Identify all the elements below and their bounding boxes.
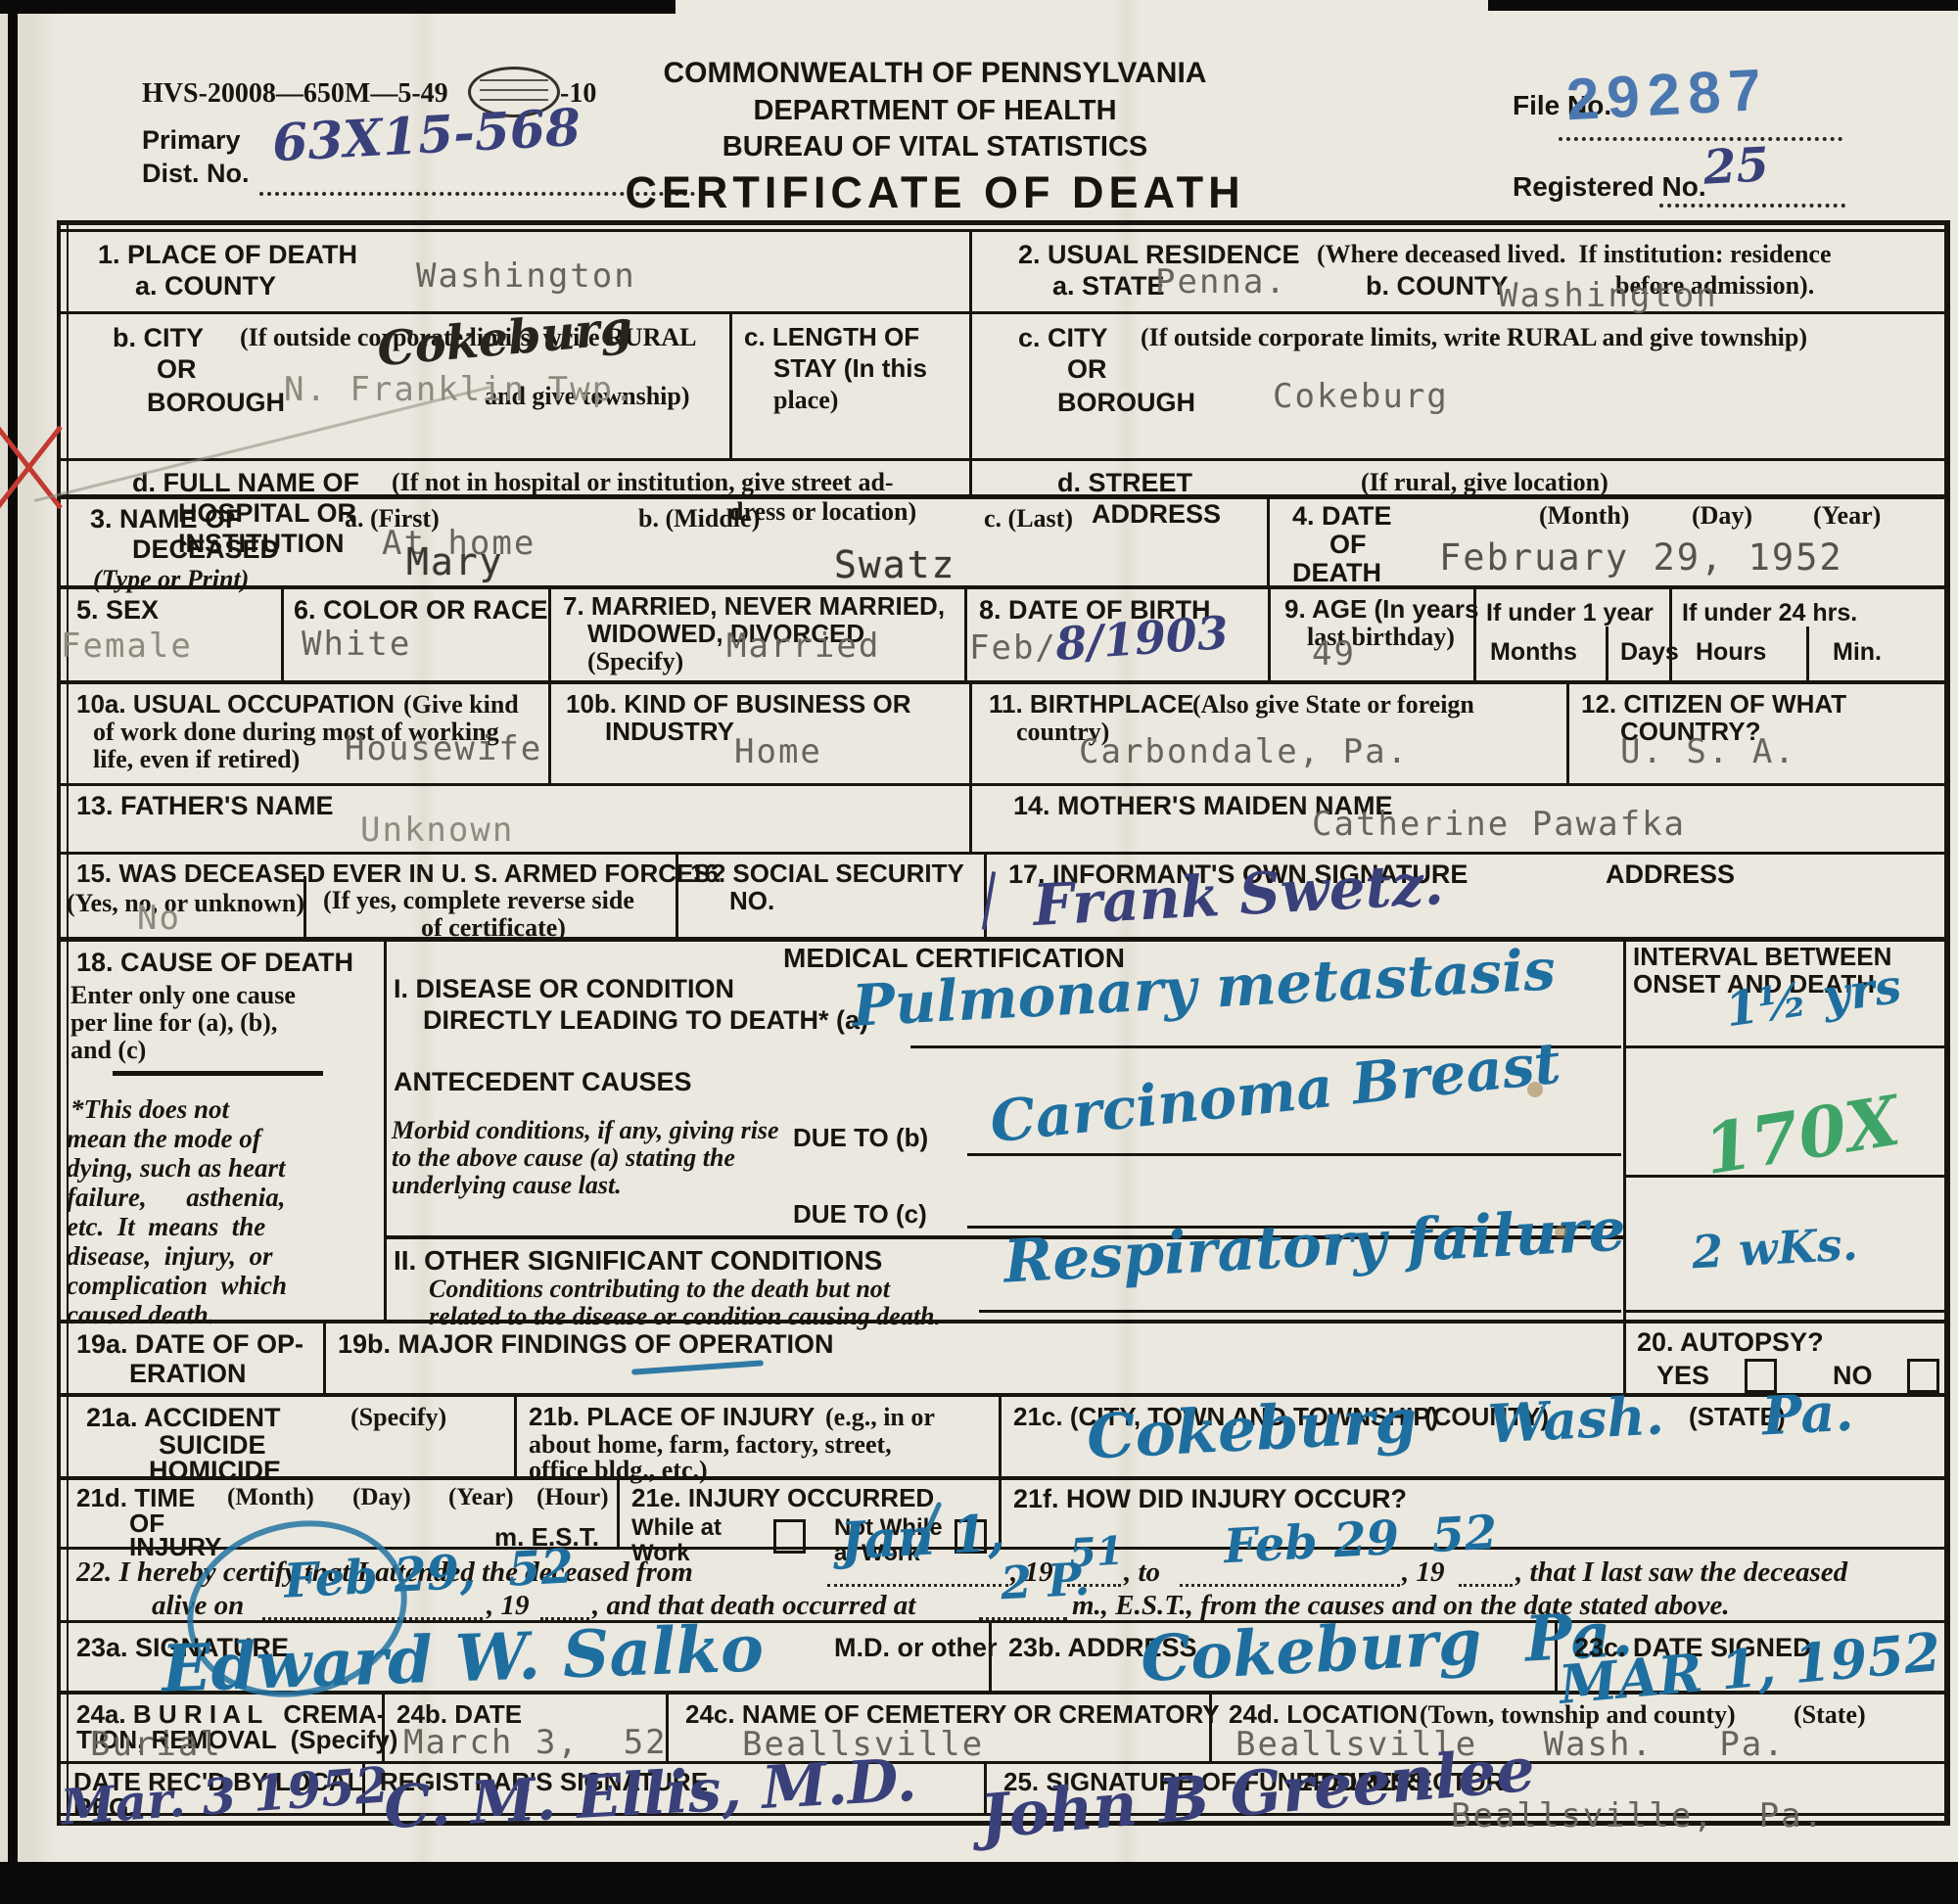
field-21c-county-value: Wash. <box>1486 1383 1665 1455</box>
field-1c-label-1: c. LENGTH OF <box>744 323 919 351</box>
field-20-yes-label: YES <box>1656 1361 1709 1390</box>
primary-dist-label-2: Dist. No. <box>142 159 250 188</box>
field-2c-paren: (If outside corporate limits, write RURA… <box>1141 323 1807 351</box>
grid-line <box>1267 494 1270 585</box>
field-18-footnote-4: failure, asthenia, <box>67 1183 286 1212</box>
paper-stain <box>1555 1226 1567 1238</box>
field-2d-paren: (If rural, give location) <box>1361 468 1608 496</box>
field-21b-paren-3: office bldg., etc.) <box>529 1456 708 1484</box>
field-9-months-label: Months <box>1490 638 1577 666</box>
morbid-note-2: to the above cause (a) stating the <box>392 1143 735 1172</box>
field-18-footnote-1: *This does not <box>70 1094 229 1124</box>
field-4-title-2: OF <box>1329 530 1367 559</box>
scan-edge-top-right <box>1488 0 1958 11</box>
primary-dist-label-1: Primary <box>142 125 241 155</box>
grid-line <box>1623 1320 1626 1393</box>
grid-line <box>1669 585 1672 680</box>
field-21d-hour-label: (Hour) <box>536 1484 609 1511</box>
field-3-first-label: a. (First) <box>345 504 440 533</box>
grid-line <box>617 1476 620 1547</box>
grid-line <box>57 852 1950 855</box>
field-18-note-3: and (c) <box>70 1036 146 1064</box>
certify-blank-3 <box>1180 1584 1400 1587</box>
certify-time-value: 2 P. <box>1000 1553 1092 1610</box>
grid-line <box>1566 680 1569 783</box>
file-no-value: 29287 <box>1564 56 1770 134</box>
header-bureau: BUREAU OF VITAL STATISTICS <box>543 131 1327 163</box>
certify-to-value: Feb 29 52 <box>1223 1506 1499 1575</box>
certify-from-value: Jan 1, <box>839 1504 1006 1572</box>
field-1-title: 1. PLACE OF DEATH <box>98 240 357 269</box>
field-2b-label: b. COUNTY <box>1366 271 1509 301</box>
grid-line <box>57 783 1950 786</box>
grid-line <box>281 585 284 680</box>
death-certificate-page: HVS-20008—650M—5-49 -10 Primary Dist. No… <box>0 0 1958 1904</box>
field-10a-paren-1: (Give kind <box>403 690 519 719</box>
certify-blank-4 <box>1459 1584 1513 1587</box>
field-20-label: 20. AUTOPSY? <box>1637 1327 1824 1357</box>
field-1b-typed-value: N. Franklin Twp. <box>284 370 636 409</box>
morbid-note-3: underlying cause last. <box>392 1171 622 1199</box>
cause-ii-value: Respiratory failure <box>1002 1195 1628 1296</box>
field-19a-label-1: 19a. DATE OF OP- <box>76 1329 303 1359</box>
field-18-ii-note-1: Conditions contributing to the death but… <box>429 1275 890 1303</box>
field-18-footnote-7: complication which <box>67 1271 287 1300</box>
grid-line <box>964 585 967 680</box>
field-5-value: Female <box>61 627 193 666</box>
field-24b-value: March 3, 52 <box>403 1723 668 1762</box>
field-15-paren-2: (If yes, complete reverse side <box>323 886 634 914</box>
field-21c-city-value: Cokeburg <box>1085 1384 1419 1473</box>
grid-line <box>323 1320 326 1393</box>
form-number: HVS-20008—650M—5-49 <box>142 78 448 109</box>
field-11-paren-1: (Also give State or foreign <box>1192 690 1474 719</box>
field-7-label-1: 7. MARRIED, NEVER MARRIED, <box>563 592 945 621</box>
antecedent-causes-label: ANTECEDENT CAUSES <box>394 1067 692 1096</box>
field-2c-label-borough: BOROUGH <box>1057 388 1195 417</box>
field-10a-label: 10a. USUAL OCCUPATION <box>76 690 395 719</box>
field-9-under24-label: If under 24 hrs. <box>1682 599 1857 627</box>
certify-line-1e: , that I last saw the deceased <box>1515 1556 1847 1588</box>
grid-line <box>1806 627 1809 680</box>
field-1a-value: Washington <box>416 256 636 296</box>
field-21f-label: 21f. HOW DID INJURY OCCUR? <box>1013 1484 1407 1513</box>
field-21a-specify-label: (Specify) <box>350 1403 446 1431</box>
field-2b-value: Washington <box>1498 276 1718 315</box>
field-3-first-value: Mary <box>406 540 504 583</box>
field-18-title: 18. CAUSE OF DEATH <box>76 948 353 977</box>
field-2-paren-1: (Where deceased lived. If institution: r… <box>1317 240 1831 268</box>
field-4-title-1: 4. DATE <box>1292 501 1392 531</box>
field-2c-label: c. CITY <box>1018 323 1108 352</box>
field-13-label: 13. FATHER'S NAME <box>76 791 333 820</box>
field-21d-day-label: (Day) <box>352 1484 411 1511</box>
header-department: DEPARTMENT OF HEALTH <box>543 95 1327 126</box>
field-9-value: 49 <box>1312 634 1356 673</box>
grid-line <box>57 1320 1950 1324</box>
field-12-value: U. S. A. <box>1620 732 1796 771</box>
field-24a-value: Burial <box>90 1725 222 1764</box>
field-10b-label-1: 10b. KIND OF BUSINESS OR <box>566 690 911 719</box>
field-2c-label-or: OR <box>1067 354 1107 384</box>
field-21a-label-3: HOMICIDE <box>149 1456 281 1485</box>
field-18-footnote-8: caused death. <box>67 1300 215 1329</box>
field-21d-month-label: (Month) <box>227 1484 314 1511</box>
field-14-value: Catherine Pawafka <box>1312 805 1686 844</box>
interval-line-1 <box>1625 1045 1948 1048</box>
grid-line <box>384 937 387 1320</box>
certify-line-1c: , to <box>1124 1556 1160 1588</box>
field-1a-label: a. COUNTY <box>135 271 276 301</box>
cause-b-line <box>967 1153 1621 1156</box>
autopsy-no-checkbox <box>1907 1359 1939 1393</box>
field-10a-paren-3: life, even if retired) <box>93 745 300 773</box>
due-to-b-label: DUE TO (b) <box>793 1124 928 1152</box>
note-divider <box>113 1071 323 1076</box>
field-19b-label: 19b. MAJOR FINDINGS OF OPERATION <box>338 1329 834 1359</box>
field-21a-label-1: 21a. ACCIDENT <box>86 1403 281 1432</box>
field-11-value: Carbondale, Pa. <box>1079 732 1409 771</box>
grid-line <box>969 229 972 494</box>
field-5-label: 5. SEX <box>76 595 159 625</box>
field-4-day-label: (Day) <box>1692 501 1752 530</box>
border-line <box>57 220 1950 225</box>
scan-edge-bottom <box>0 1862 1958 1904</box>
file-no-line <box>1559 137 1842 141</box>
grid-line <box>969 680 972 852</box>
grid-line <box>57 458 1950 461</box>
injury-while-at-work-checkbox <box>773 1519 806 1554</box>
field-24d-state-label: (State) <box>1794 1700 1866 1729</box>
grid-line <box>999 1393 1002 1476</box>
field-17-address-label: ADDRESS <box>1606 859 1735 889</box>
field-9-label-1: 9. AGE (In years <box>1284 595 1478 624</box>
registered-no-value: 25 <box>1702 137 1771 195</box>
due-to-c-label: DUE TO (c) <box>793 1200 927 1229</box>
grid-line <box>514 1393 517 1476</box>
field-4-month-label: (Month) <box>1539 501 1629 530</box>
field-18-i-label-1: I. DISEASE OR CONDITION <box>394 974 734 1003</box>
field-11-label: 11. BIRTHPLACE <box>989 690 1194 719</box>
field-21d-year-label: (Year) <box>448 1484 514 1511</box>
field-2d-label-2: ADDRESS <box>1092 499 1221 529</box>
field-3-middle-label: b. (Middle) <box>638 504 760 533</box>
field-12-label-1: 12. CITIZEN OF WHAT <box>1581 690 1846 719</box>
field-1d-label-1: d. FULL NAME OF <box>132 468 359 497</box>
field-10b-label-2: INDUSTRY <box>605 718 734 746</box>
certify-blank-7 <box>979 1617 1067 1620</box>
scan-edge-left <box>8 0 18 1904</box>
field-1c-label-3: place) <box>773 386 838 414</box>
page-title: CERTIFICATE OF DEATH <box>519 168 1351 217</box>
field-1b-label: b. CITY <box>113 323 204 352</box>
grid-line <box>57 585 1950 589</box>
field-18-footnote-3: dying, such as heart <box>67 1153 286 1183</box>
field-4-year-label: (Year) <box>1813 501 1881 530</box>
cause-ii-line <box>979 1310 1621 1313</box>
field-9-min-label: Min. <box>1833 638 1882 666</box>
field-3-title-1: 3. NAME OF <box>90 504 242 534</box>
grid-line <box>548 585 551 783</box>
field-10b-value: Home <box>734 732 822 771</box>
paper-stain <box>1527 1082 1543 1097</box>
field-18-ii-label: II. OTHER SIGNIFICANT CONDITIONS <box>394 1245 882 1276</box>
field-19a-label-2: ERATION <box>129 1359 247 1388</box>
field-23a-md-label: M.D. or other <box>834 1633 998 1662</box>
field-18-footnote-5: etc. It means the <box>67 1212 265 1241</box>
field-13-value: Unknown <box>360 811 514 850</box>
interval-ii-value: 2 wKs. <box>1691 1218 1859 1279</box>
grid-line <box>57 1476 1950 1480</box>
blue-pen-underline <box>631 1360 764 1374</box>
field-3-title-3: (Type or Print) <box>93 565 249 593</box>
field-18-i-label-2: DIRECTLY LEADING TO DEATH* (a) <box>423 1005 868 1035</box>
field-8-value-handwritten: 8/1903 <box>1053 606 1230 671</box>
field-18-footnote-6: disease, injury, or <box>67 1241 273 1271</box>
field-16-label-1: 16. SOCIAL SECURITY <box>690 859 964 888</box>
field-1b-label-or: OR <box>157 354 197 384</box>
field-21c-state-value: Pa. <box>1760 1380 1854 1448</box>
registered-no-line <box>1659 204 1845 208</box>
grid-line <box>1268 585 1271 680</box>
field-1b-label-borough: BOROUGH <box>147 388 285 417</box>
field-21e-while-1: While at <box>631 1515 722 1542</box>
morbid-note-1: Morbid conditions, if any, giving rise <box>392 1116 779 1144</box>
field-3-title-2: DECEASED <box>132 534 279 564</box>
grid-line <box>57 1393 1950 1397</box>
grid-line <box>57 680 1950 684</box>
interval-line-3 <box>1625 1310 1948 1313</box>
certify-blank-1 <box>827 1584 1008 1587</box>
field-9-days-label: Days <box>1620 638 1679 666</box>
field-9-hours-label: Hours <box>1696 638 1766 666</box>
field-18-ii-note-2: related to the disease or condition caus… <box>429 1302 941 1330</box>
field-18-footnote-2: mean the mode of <box>67 1124 261 1153</box>
field-2c-value: Cokeburg <box>1273 377 1449 416</box>
field-18-note-2: per line for (a), (b), <box>70 1008 277 1037</box>
field-2d-label-1: d. STREET <box>1057 468 1192 497</box>
field-1d-paren-1: (If not in hospital or institution, give… <box>392 468 894 496</box>
field-6-value: White <box>302 625 411 664</box>
field-15-paren-3: of certificate) <box>421 913 566 942</box>
field-1c-label-2: STAY (In this <box>773 354 927 383</box>
field-6-label: 6. COLOR OR RACE <box>294 595 548 625</box>
field-8-value-typed: Feb/ <box>969 628 1057 668</box>
header-commonwealth: COMMONWEALTH OF PENNSYLVANIA <box>543 57 1327 90</box>
field-15-value: No <box>137 899 181 938</box>
field-4-value: February 29, 1952 <box>1439 536 1843 579</box>
border-line <box>57 229 1950 232</box>
border-line <box>1944 220 1950 1826</box>
field-2a-value: Penna. <box>1155 262 1287 302</box>
field-15-label: 15. WAS DECEASED EVER IN U. S. ARMED FOR… <box>76 859 726 888</box>
scan-edge-top-left <box>0 0 676 14</box>
field-18-note-1: Enter only one cause <box>70 981 296 1009</box>
field-4-title-3: DEATH <box>1292 558 1381 587</box>
field-21b-paren-2: about home, farm, factory, street, <box>529 1430 892 1459</box>
field-7-value: Married <box>726 627 880 666</box>
field-25-address-value: Beallsville, Pa. <box>1451 1796 1825 1835</box>
field-9-under1yr-label: If under 1 year <box>1486 599 1654 627</box>
field-2a-label: a. STATE <box>1052 271 1165 301</box>
field-16-label-2: NO. <box>729 887 774 915</box>
field-7-label-3: (Specify) <box>587 647 683 675</box>
field-21b-paren-1: (e.g., in or <box>825 1403 935 1431</box>
field-3-last-label: c. (Last) <box>984 504 1073 533</box>
field-10a-value: Housewife <box>345 729 542 768</box>
grid-line <box>1606 627 1608 680</box>
field-21b-label: 21b. PLACE OF INJURY <box>529 1403 815 1431</box>
grid-line <box>729 311 732 458</box>
registered-no-label: Registered No. <box>1513 171 1706 202</box>
field-15-paren-1: (Yes, no, or unknown) <box>67 889 304 917</box>
field-3-last-value: Swatz <box>834 543 956 586</box>
primary-dist-value: 63X15-568 <box>271 98 583 173</box>
